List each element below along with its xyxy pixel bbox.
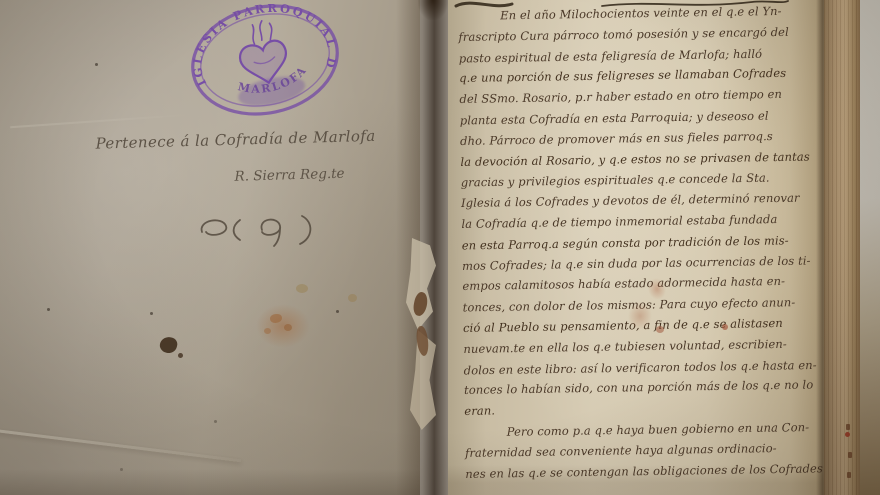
paper-crease [0, 429, 241, 462]
ownership-inscription: Pertenece á la Cofradía de Marlofa R. Si… [95, 125, 426, 188]
ink-speck [47, 308, 50, 311]
gutter-shadow-top [418, 0, 448, 20]
ink-speck [336, 310, 339, 313]
edge-mark [846, 424, 850, 430]
parish-stamp: IGLESIA PARROQUIAL DE MARLOFA [178, 2, 352, 122]
faint-stain [722, 324, 728, 330]
edge-mark [847, 472, 851, 478]
faint-stain [296, 284, 308, 293]
ink-speck [120, 468, 123, 471]
rust-stain [256, 304, 310, 348]
edge-mark [845, 432, 850, 437]
paper-crease [10, 114, 190, 129]
manuscript-text: En el año Milochocientos veinte en el q.… [458, 0, 829, 484]
edge-mark [848, 452, 852, 458]
ink-speck [95, 63, 98, 66]
book-fore-edge [824, 0, 862, 495]
signature-rubric [196, 208, 336, 250]
ink-blot-stain [178, 353, 183, 358]
rust-stain-blotch [270, 314, 282, 323]
faint-stain [626, 300, 654, 332]
background-strip [860, 0, 880, 495]
faint-stain [348, 294, 357, 302]
rust-stain-blotch [264, 328, 271, 334]
rust-stain-blotch [284, 324, 292, 331]
faint-stain [656, 326, 664, 333]
ink-speck [150, 312, 153, 315]
ink-speck [214, 420, 217, 423]
book-photo: IGLESIA PARROQUIAL DE MARLOFA Pertenece … [0, 0, 880, 495]
